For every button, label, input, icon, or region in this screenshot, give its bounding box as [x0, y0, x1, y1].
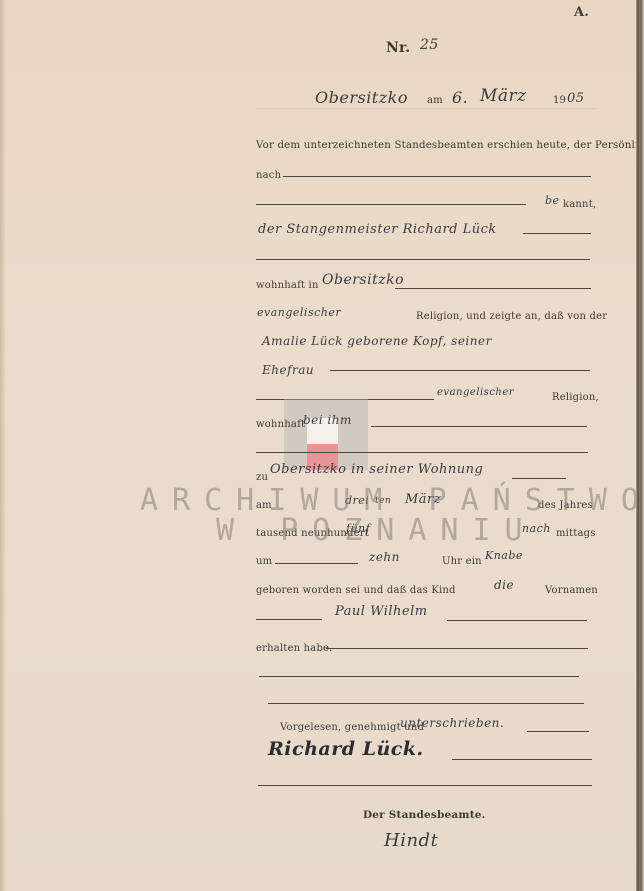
field-line	[395, 288, 591, 289]
um-label: um	[256, 556, 272, 567]
uhr-ein-label: Uhr ein	[442, 556, 482, 567]
field-line	[256, 204, 526, 205]
informant-signature: Richard Lück.	[268, 738, 424, 760]
erhalten-label: erhalten habe.	[256, 643, 333, 654]
field-line	[371, 426, 587, 427]
field-line	[523, 233, 591, 234]
vornamen-label: Vornamen	[545, 585, 598, 596]
die-hand: die	[494, 578, 514, 592]
sex-hand: Knabe	[485, 549, 523, 562]
registrar-label: Der Standesbeamte.	[363, 809, 486, 821]
field-line	[330, 370, 590, 371]
year-suffix: 05	[567, 91, 585, 106]
field-line	[268, 703, 584, 704]
document-page: A. Nr. 25 Obersitzko am 6. März 19 05 Vo…	[0, 0, 636, 891]
am-label: am	[427, 95, 443, 106]
birthplace-hand: Obersitzko in seiner Wohnung	[270, 462, 483, 477]
field-line	[512, 478, 566, 479]
religion-hand: evangelischer	[257, 306, 341, 319]
religion-text: Religion, und zeigte an, daß von der	[416, 311, 607, 322]
field-line	[283, 176, 591, 177]
year-prefix: 19	[553, 95, 566, 106]
hour-hand: zehn	[369, 550, 400, 564]
field-line	[452, 759, 592, 760]
registrar-signature: Hindt	[384, 830, 438, 851]
field-line	[256, 619, 322, 620]
mother-hand: Amalie Lück geborene Kopf, seiner	[262, 334, 492, 348]
informant-hand: der Stangenmeister Richard Lück	[258, 222, 497, 237]
date-day: 6.	[452, 88, 468, 107]
field-line	[447, 620, 587, 621]
archive-watermark-line2: W POZNANIU	[216, 513, 537, 548]
bekannt-label: kannt,	[563, 199, 596, 210]
place-hand: Obersitzko	[315, 88, 408, 107]
religion2-label: Religion,	[552, 392, 599, 403]
field-line	[259, 676, 579, 677]
nach-label: nach	[256, 170, 281, 181]
residence-hand: Obersitzko	[322, 272, 404, 288]
form-letter: A.	[574, 5, 589, 20]
page-edge	[636, 0, 644, 891]
number-label: Nr.	[386, 40, 410, 56]
wohnhaft-in-label: wohnhaft in	[256, 280, 319, 291]
field-line	[275, 563, 358, 564]
field-line	[256, 259, 590, 260]
record-number: 25	[420, 37, 439, 53]
wohnhaft-label: wohnhaft	[256, 419, 305, 430]
mittags-label: mittags	[556, 528, 596, 539]
bekannt-hand: be	[545, 194, 560, 207]
field-line	[258, 785, 592, 786]
place-date-guideline	[256, 108, 596, 109]
page-left-shade	[0, 0, 6, 891]
zu-label: zu	[256, 472, 268, 483]
date-month: März	[480, 86, 527, 106]
wohnhaft2-hand: bei ihm	[303, 413, 352, 427]
mother-hand-2: Ehefrau	[262, 363, 314, 377]
field-line	[326, 648, 588, 649]
field-line	[527, 731, 589, 732]
intro-text: Vor dem unterzeichneten Standesbeamten e…	[256, 140, 644, 151]
field-line	[256, 452, 588, 453]
geboren-text: geboren worden sei und daß das Kind	[256, 585, 456, 596]
child-name-hand: Paul Wilhelm	[335, 604, 428, 619]
religion2-hand: evangelischer	[437, 387, 514, 398]
unterschrieben-hand: unterschrieben.	[400, 716, 504, 730]
